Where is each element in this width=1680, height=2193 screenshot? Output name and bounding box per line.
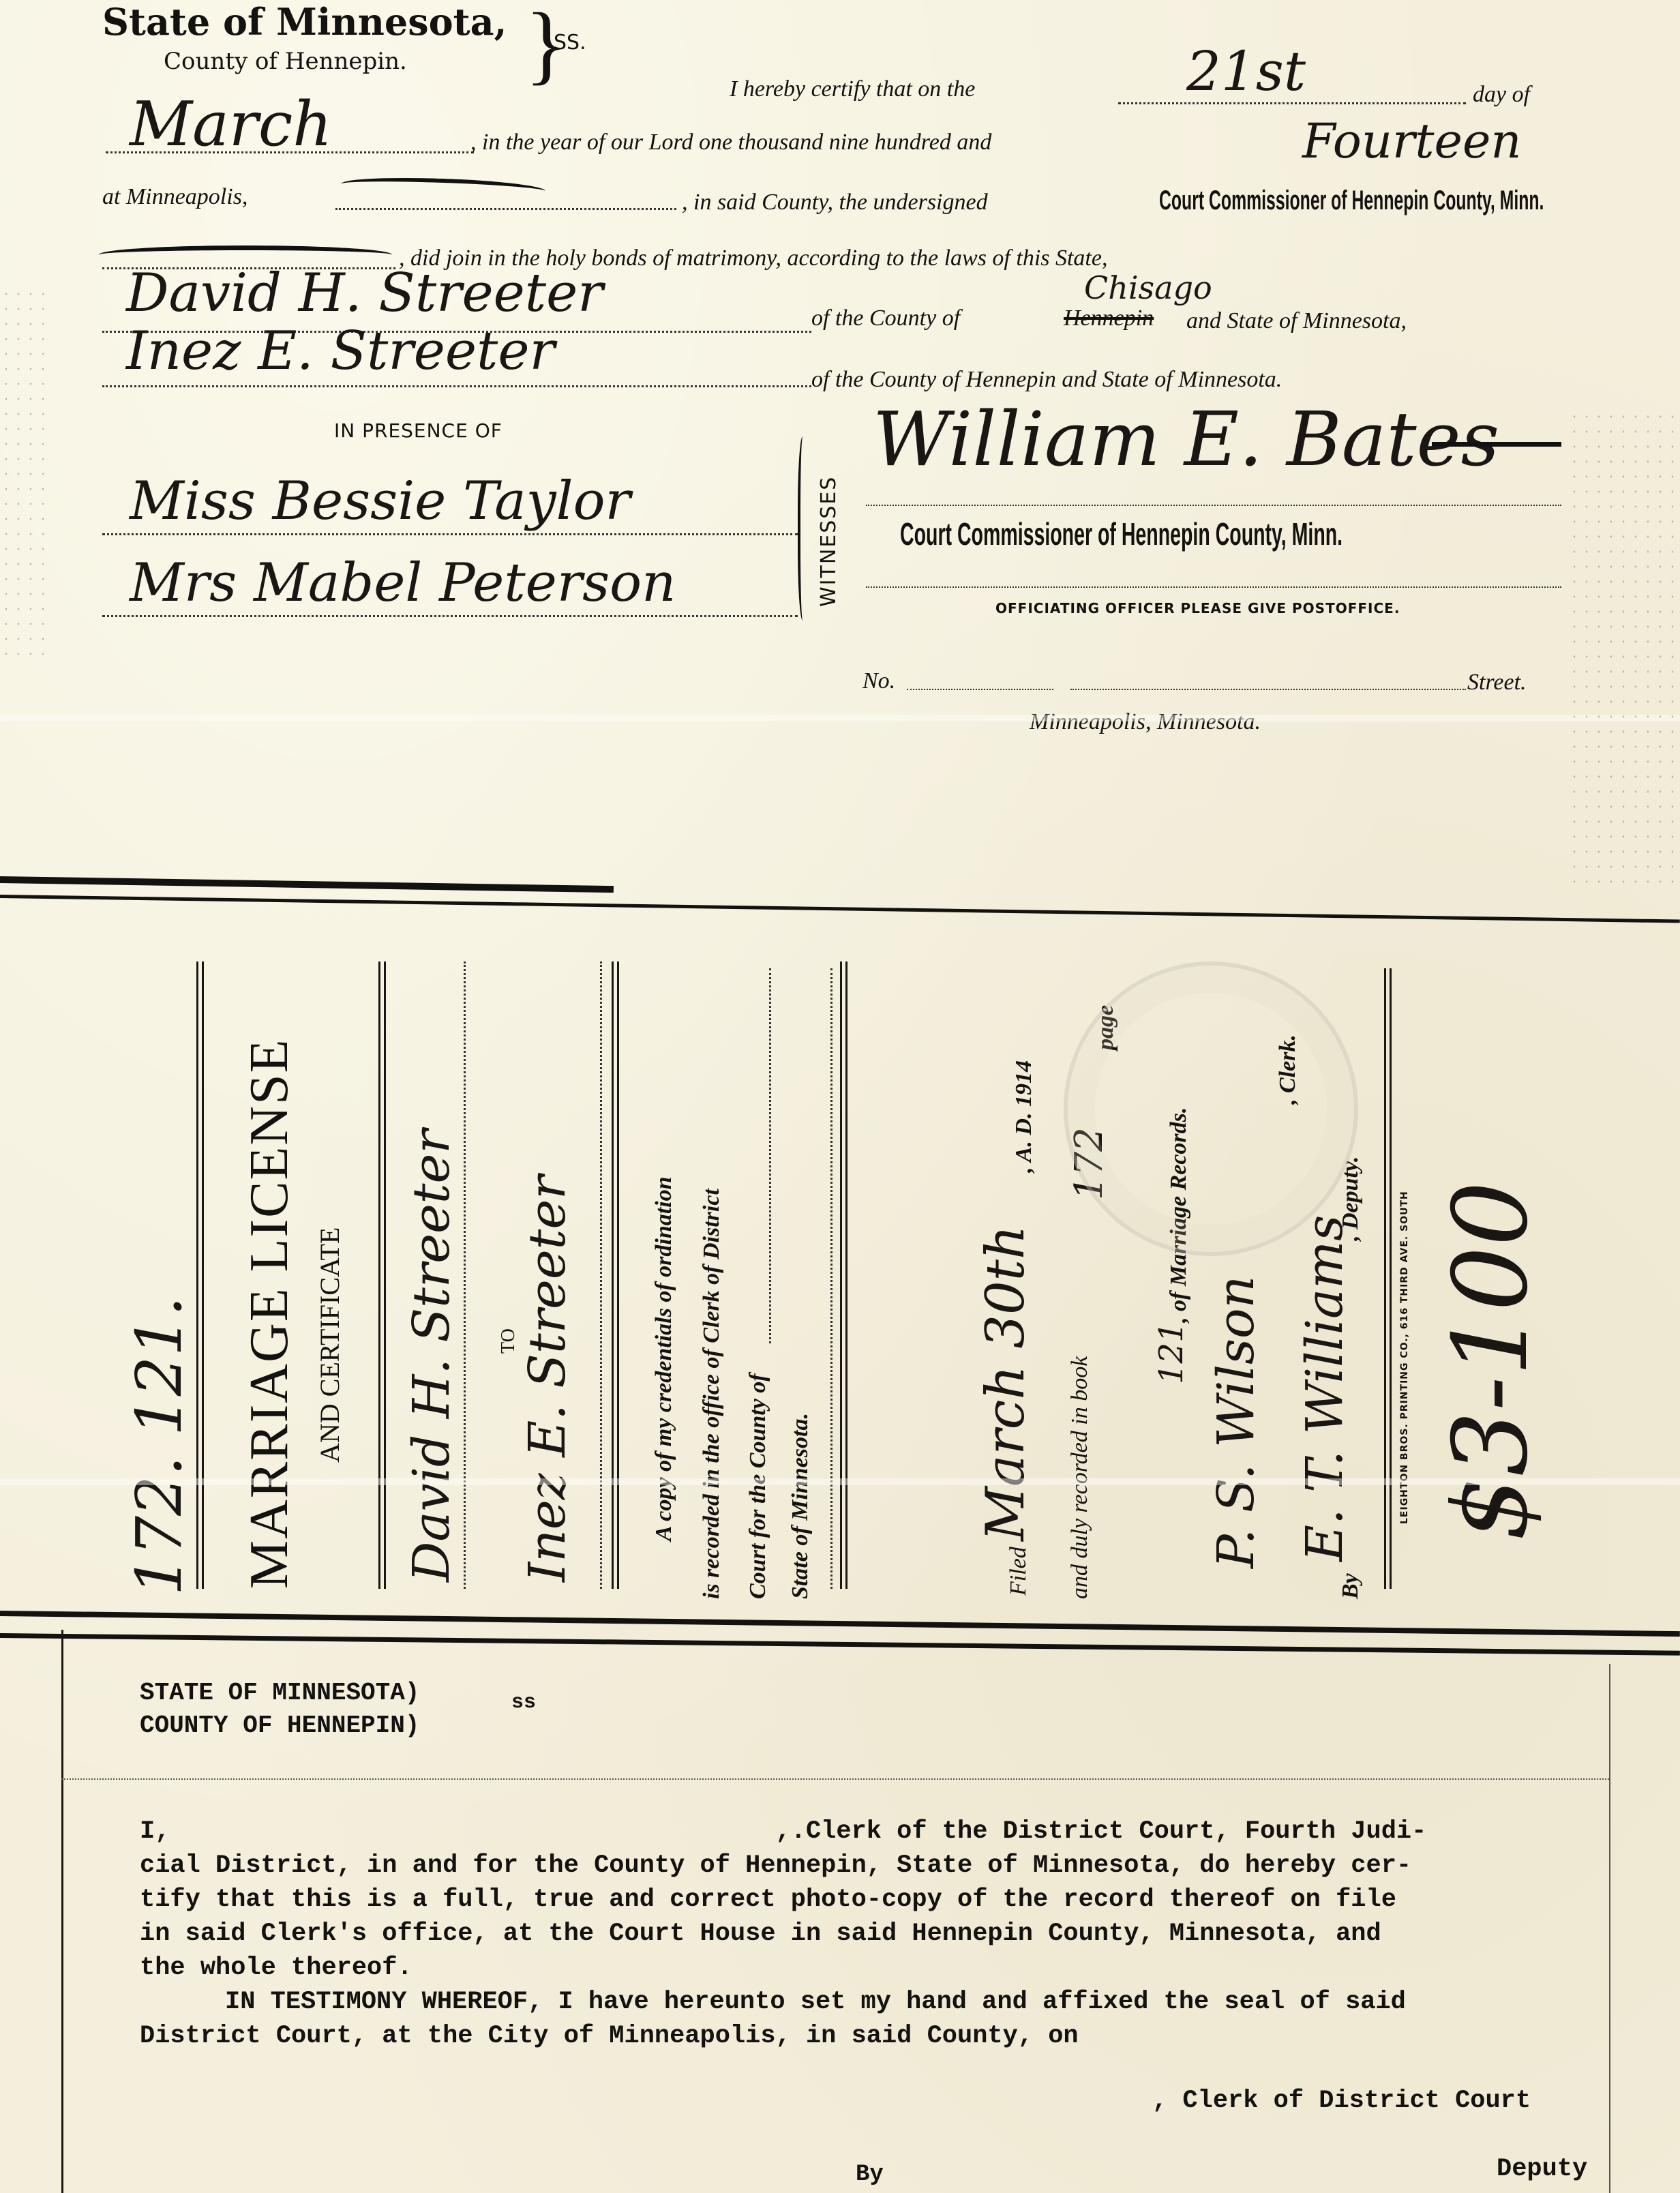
street-label: Street. xyxy=(1467,670,1527,696)
testimony-line-2: District Court, at the City of Minneapol… xyxy=(140,2022,1079,2050)
paragraph-line-2: cial District, in and for the County of … xyxy=(140,1851,1411,1880)
separator-rule xyxy=(0,1611,1680,1637)
to-label: TO xyxy=(498,1328,520,1354)
witnesses-label: WITNESSES xyxy=(817,476,841,607)
separator-rule xyxy=(0,876,614,893)
rule xyxy=(196,961,198,1589)
rule xyxy=(202,961,204,1589)
county-fill-line xyxy=(769,968,771,1343)
frame-left xyxy=(61,1630,63,2193)
clerk-line: , Clerk of District Court xyxy=(1152,2087,1531,2115)
officer-dash-mark xyxy=(99,245,392,264)
dotted-rule xyxy=(600,961,602,1589)
postoffice-note: OFFICIATING OFFICER PLEASE GIVE POSTOFFI… xyxy=(995,600,1400,616)
in-county: , in said County, the undersigned xyxy=(682,190,988,215)
separator-rule xyxy=(0,895,1680,923)
bride-name: Inez E. Streeter xyxy=(126,320,555,382)
paragraph-line-1: I, ,.Clerk of the District Court, Fourth… xyxy=(140,1817,1426,1846)
printer-imprint: LEIGHTON BROS. PRINTING CO., 616 THIRD A… xyxy=(1399,1191,1410,1524)
in-presence-of: IN PRESENCE OF xyxy=(334,419,502,442)
deputy-label-bottom: Deputy xyxy=(1497,2155,1587,2183)
frame-right xyxy=(1609,1664,1610,2193)
signature-stroke xyxy=(1432,442,1561,447)
county-heading: County of Hennepin. xyxy=(164,48,407,75)
groom-county-value: Chisago xyxy=(1084,269,1212,306)
scan-noise xyxy=(1568,409,1680,886)
officer-title: Court Commissioner of Hennepin County, M… xyxy=(900,516,1342,552)
postoffice-line xyxy=(866,586,1561,588)
record-number: 172. 121. xyxy=(123,1296,196,1596)
rule xyxy=(384,961,386,1589)
officer-stamp: Court Commissioner of Hennepin County, M… xyxy=(1159,185,1544,216)
filed-label: Filed xyxy=(1006,1547,1032,1596)
street-line xyxy=(1070,689,1466,690)
paragraph-line-4: in said Clerk's office, at the Court Hou… xyxy=(140,1920,1381,1948)
groom-name: David H. Streeter xyxy=(126,263,603,324)
witness-line-1 xyxy=(102,533,798,535)
rule xyxy=(1384,968,1386,1589)
deputy-signature: E. T. Williams xyxy=(1295,1215,1354,1562)
paragraph-line-3: tify that this is a full, true and corre… xyxy=(140,1885,1396,1914)
embossed-seal xyxy=(1064,961,1358,1256)
groom-name-back: David H. Streeter xyxy=(402,1129,461,1582)
paper-fold xyxy=(0,1478,1680,1485)
rule xyxy=(378,961,380,1589)
rule xyxy=(617,961,619,1589)
ss-label: SS. xyxy=(554,31,586,55)
bride-name-back: Inez E. Streeter xyxy=(518,1175,577,1582)
license-title: MARRIAGE LICENSE xyxy=(239,1038,301,1589)
day-of: day of xyxy=(1473,82,1530,108)
scan-noise xyxy=(0,286,48,655)
rule xyxy=(612,961,614,1589)
ordination-line-1: A copy of my credentials of ordination xyxy=(651,1176,677,1541)
day-value: 21st xyxy=(1186,40,1306,103)
paragraph-line-5: the whole thereof. xyxy=(140,1954,412,1982)
dotted-rule xyxy=(830,968,832,1589)
page-value: 121 xyxy=(1152,1322,1190,1384)
groom-state: and State of Minnesota, xyxy=(1186,308,1407,334)
filed-value: March 30th xyxy=(975,1225,1036,1541)
testimony-line-1: IN TESTIMONY WHEREOF, I have hereunto se… xyxy=(225,1988,1406,2016)
state-line: STATE OF MINNESOTA) xyxy=(140,1679,419,1707)
signature-line xyxy=(866,505,1561,506)
rule xyxy=(1390,968,1392,1589)
county-line: COUNTY OF HENNEPIN) xyxy=(140,1712,419,1740)
no-line xyxy=(907,689,1053,690)
clerk-signature: P. S. Wilson xyxy=(1207,1276,1265,1568)
witness-2: Mrs Mabel Peterson xyxy=(130,552,676,614)
no-label: No. xyxy=(862,668,895,694)
frame-divider xyxy=(61,1778,1609,1780)
fee-value: $3-100 xyxy=(1432,1181,1550,1541)
groom-county-struck: Hennepin xyxy=(1064,305,1154,331)
year-prefix: , in the year of our Lord one thousand n… xyxy=(470,130,991,155)
rule xyxy=(840,961,842,1589)
ordination-line-3: Court for the County of xyxy=(745,1373,771,1599)
at-place: at Minneapolis, xyxy=(102,184,247,210)
dotted-rule xyxy=(464,961,466,1589)
month-value: March xyxy=(130,89,332,160)
paper-fold xyxy=(0,715,1680,721)
license-subtitle: AND CERTIFICATE xyxy=(314,1227,346,1463)
by-label-bottom: By xyxy=(856,2162,884,2188)
separator-rule xyxy=(0,1633,1680,1656)
rule xyxy=(845,961,847,1589)
city-line: Minneapolis, Minnesota. xyxy=(1030,709,1261,735)
recorded-label: and duly recorded in book xyxy=(1067,1356,1093,1599)
bride-line-text: of the County of Hennepin and State of M… xyxy=(811,367,1282,393)
state-heading: State of Minnesota, xyxy=(102,0,507,44)
witness-1: Miss Bessie Taylor xyxy=(130,471,631,532)
ordination-line-2: is recorded in the office of Clerk of Di… xyxy=(699,1189,725,1599)
place-line xyxy=(335,208,676,210)
bride-line xyxy=(102,385,811,387)
certify-prefix: I hereby certify that on the xyxy=(730,76,975,102)
groom-county-prefix: of the County of xyxy=(811,305,960,331)
officer-signature: William E. Bates xyxy=(873,396,1499,483)
witness-brace xyxy=(798,436,810,621)
witness-line-2 xyxy=(102,615,798,617)
ad-label: , A. D. 1914 xyxy=(1011,1060,1037,1173)
ss-label-bottom: ss xyxy=(511,1691,536,1714)
year-value: Fourteen xyxy=(1302,113,1522,169)
ordination-line-4: State of Minnesota. xyxy=(787,1413,813,1599)
by-label: By xyxy=(1338,1573,1364,1599)
place-dash-mark xyxy=(341,175,546,200)
